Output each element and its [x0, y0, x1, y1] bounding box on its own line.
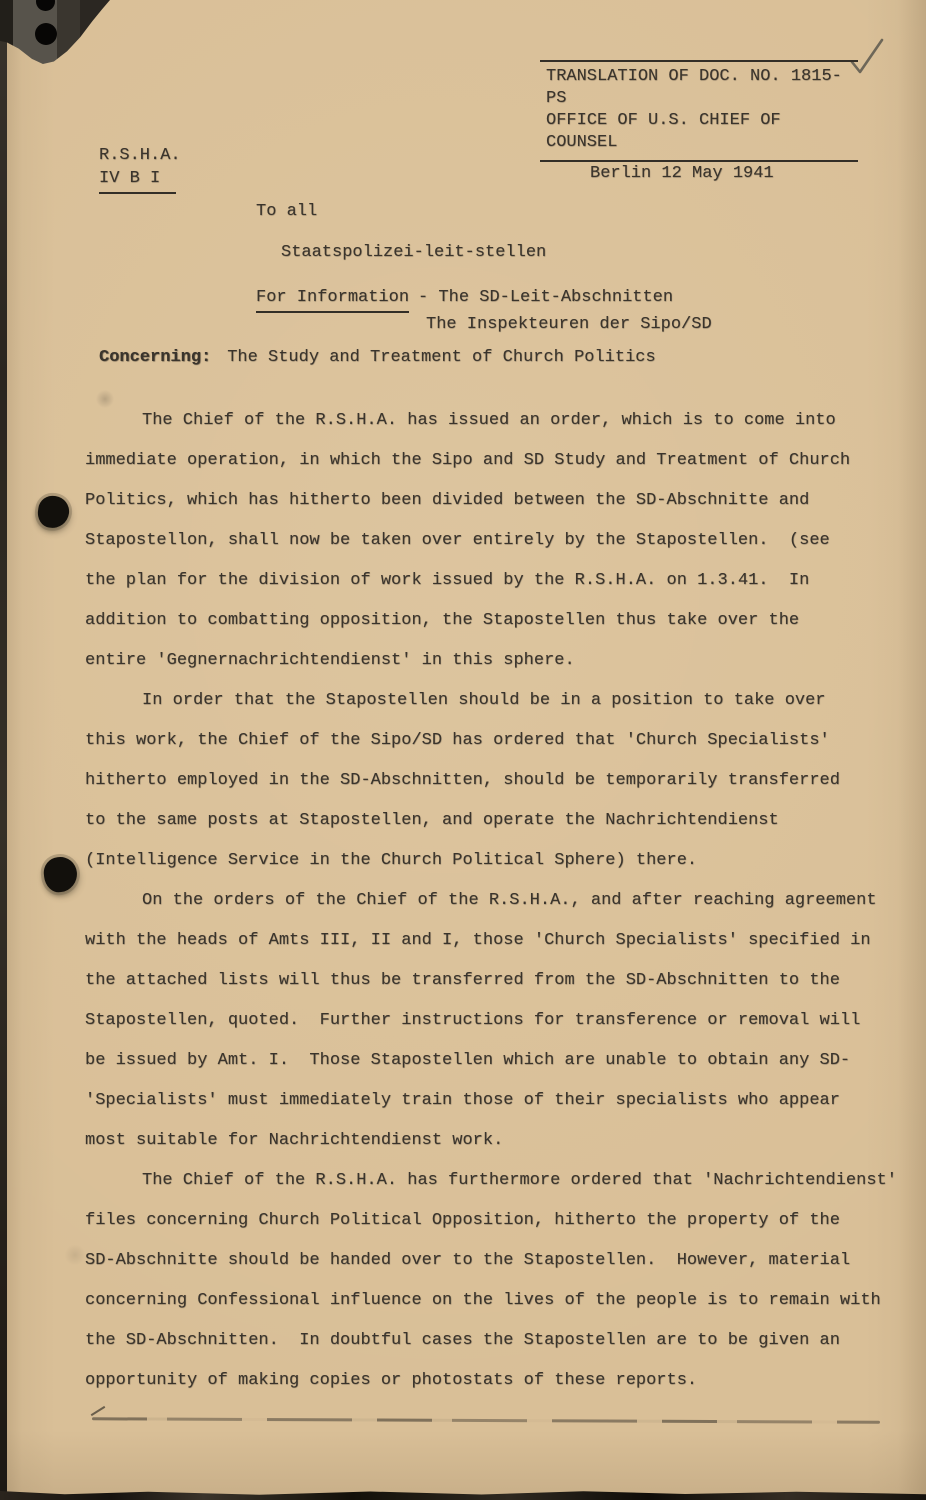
paragraph-4: The Chief of the R.S.H.A. has furthermor… [85, 1161, 899, 1401]
torn-corner [0, 0, 110, 64]
stamp-office: OFFICE OF U.S. CHIEF OF COUNSEL [546, 110, 858, 154]
for-information-block: For Information- The SD-Leit-Abschnitten… [256, 286, 712, 337]
org-name: R.S.H.A. [99, 144, 181, 167]
binder-hole-icon [36, 0, 55, 11]
subject-label: Concerning: [99, 348, 211, 367]
translation-stamp: TRANSLATION OF DOC. NO. 1815-PS OFFICE O… [540, 60, 858, 162]
letterhead: R.S.H.A. IV B I [99, 144, 181, 194]
for-information-recipient1: - The SD-Leit-Abschnitten [418, 288, 673, 307]
for-information-label: For Information [256, 286, 409, 313]
subject-line: Concerning:The Study and Treatment of Ch… [99, 348, 656, 367]
address-to: To all [256, 202, 317, 221]
paragraph-2: In order that the Stapostellen should be… [85, 681, 899, 881]
punch-hole-icon [36, 494, 71, 530]
binder-edge [0, 0, 7, 1500]
page-bottom-edge [0, 1490, 926, 1500]
binder-hole-icon [35, 23, 57, 45]
dateline: Berlin 12 May 1941 [590, 164, 774, 183]
document-page: TRANSLATION OF DOC. NO. 1815-PS OFFICE O… [0, 0, 926, 1500]
for-information-recipient2: The Inspekteuren der Sipo/SD [426, 313, 712, 337]
for-information-line1: For Information- The SD-Leit-Abschnitten [256, 286, 712, 313]
paragraph-3: On the orders of the Chief of the R.S.H.… [85, 881, 899, 1161]
org-department: IV B I [99, 167, 176, 194]
pencil-tick-mark [91, 1406, 106, 1416]
document-body: The Chief of the R.S.H.A. has issued an … [85, 401, 899, 1401]
punch-hole-icon [42, 855, 78, 893]
stamp-doc-number: TRANSLATION OF DOC. NO. 1815-PS [546, 66, 858, 110]
paragraph-1: The Chief of the R.S.H.A. has issued an … [85, 401, 899, 681]
subject-text: The Study and Treatment of Church Politi… [227, 348, 655, 367]
pencil-underline [92, 1417, 880, 1423]
address-recipient: Staatspolizei-leit-stellen [281, 243, 546, 262]
